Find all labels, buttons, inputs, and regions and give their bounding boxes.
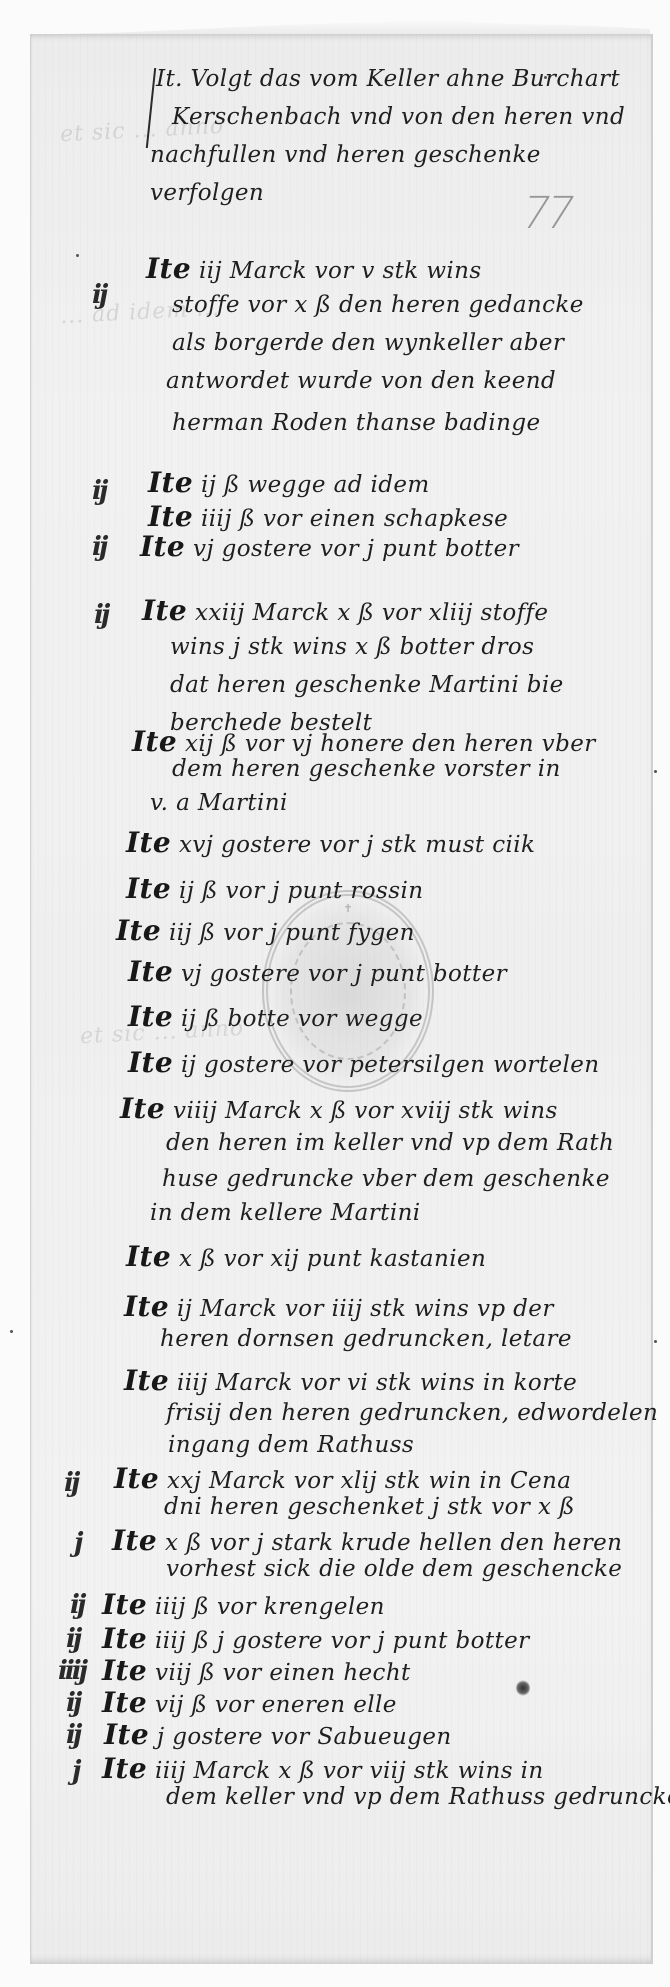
entry-line: dni heren geschenket j stk vor x ß: [164, 1494, 575, 1520]
item-abbreviation: Ite: [128, 1046, 173, 1079]
margin-tally-mark: ij: [92, 280, 105, 310]
entry-line: Iteij ß vor j punt rossin: [126, 872, 423, 905]
entry-line: huse gedruncke vber dem geschenke: [162, 1166, 610, 1192]
item-abbreviation: Ite: [104, 1718, 149, 1751]
entry-line: Itevij ß vor eneren elle: [102, 1686, 397, 1719]
margin-tally-mark: ij: [66, 1624, 79, 1654]
item-abbreviation: Ite: [128, 955, 173, 988]
margin-tally-mark: ij: [92, 532, 105, 562]
item-abbreviation: Ite: [116, 914, 161, 947]
item-abbreviation: Ite: [140, 530, 185, 563]
item-abbreviation: Ite: [102, 1654, 147, 1687]
entry-line: antwordet wurde von den keend: [166, 368, 556, 394]
item-abbreviation: Ite: [112, 1524, 157, 1557]
margin-tally-mark: ij: [66, 1720, 79, 1750]
entry-line: herman Roden thanse badinge: [172, 410, 540, 436]
entry-line: in dem kellere Martini: [150, 1200, 421, 1226]
entry-line: dem keller vnd vp dem Rathuss gedruncke: [166, 1784, 670, 1810]
item-abbreviation: Ite: [126, 1240, 171, 1273]
entry-line: Iteiij Marck vor v stk wins: [146, 252, 482, 285]
item-abbreviation: Ite: [120, 1092, 165, 1125]
entry-line: Itej gostere vor Sabueugen: [104, 1718, 452, 1751]
item-abbreviation: Ite: [148, 466, 193, 499]
ink-blot: [516, 1680, 530, 1696]
entry-line: ingang dem Rathuss: [168, 1432, 414, 1458]
entry-line: Iteij Marck vor iiij stk wins vp der: [124, 1290, 554, 1323]
item-abbreviation: Ite: [126, 872, 171, 905]
item-abbreviation: Ite: [132, 725, 177, 758]
heading-line: Kerschenbach vnd von den heren vnd: [172, 104, 625, 130]
margin-tally-mark: iiij: [58, 1656, 85, 1686]
entry-line: dat heren geschenke Martini bie: [170, 672, 564, 698]
margin-tally-mark: ij: [66, 1688, 79, 1718]
item-abbreviation: Ite: [146, 252, 191, 285]
entry-line: stoffe vor x ß den heren gedancke: [172, 292, 584, 318]
entry-line: Itex ß vor j stark krude hellen den here…: [112, 1524, 622, 1557]
heading-line: It. Volgt das vom Keller ahne Burchart: [156, 66, 620, 92]
entry-line: den heren im keller vnd vp dem Rath: [166, 1130, 614, 1156]
heading-line: verfolgen: [150, 180, 264, 206]
entry-line: Iteij gostere vor petersilgen wortelen: [128, 1046, 599, 1079]
entry-line: Iteiiij ß j gostere vor j punt botter: [102, 1622, 530, 1655]
entry-line: Iteiiij Marck vor vi stk wins in korte: [124, 1364, 577, 1397]
item-abbreviation: Ite: [124, 1364, 169, 1397]
margin-tally-mark: ij: [94, 600, 107, 630]
entry-line: Iteviiij Marck x ß vor xviij stk wins: [120, 1092, 558, 1125]
entry-line: Iteij ß botte vor wegge: [128, 1000, 423, 1033]
entry-line: Itexxiij Marck x ß vor xliij stoffe: [142, 594, 548, 627]
entry-line: Iteiiij ß vor krengelen: [102, 1588, 385, 1621]
item-abbreviation: Ite: [114, 1462, 159, 1495]
entry-line: vorhest sick die olde dem geschencke: [166, 1556, 622, 1582]
entry-line: Itevj gostere vor j punt botter: [128, 955, 507, 988]
entry-line: Itexvj gostere vor j stk must ciik: [126, 826, 535, 859]
entry-line: Iteiij ß vor j punt fygen: [116, 914, 415, 947]
entry-line: heren dornsen gedruncken, letare: [160, 1326, 572, 1352]
entry-line: wins j stk wins x ß botter dros: [170, 634, 534, 660]
entry-line: Iteviij ß vor einen hecht: [102, 1654, 411, 1687]
item-abbreviation: Ite: [128, 1000, 173, 1033]
item-abbreviation: Ite: [148, 500, 193, 533]
entry-line: dem heren geschenke vorster in: [172, 756, 561, 782]
item-abbreviation: Ite: [102, 1752, 147, 1785]
entry-line: frisij den heren gedruncken, edwordelen: [166, 1400, 658, 1426]
margin-tally-mark: ij: [92, 476, 105, 506]
item-abbreviation: Ite: [102, 1622, 147, 1655]
entry-line: Itex ß vor xij punt kastanien: [126, 1240, 486, 1273]
margin-tally-mark: j: [74, 1528, 80, 1558]
item-abbreviation: Ite: [102, 1686, 147, 1719]
item-abbreviation: Ite: [126, 826, 171, 859]
entry-line: Itexij ß vor vj honere den heren vber: [132, 725, 596, 758]
stray-ink-dot: [654, 1340, 657, 1343]
item-abbreviation: Ite: [102, 1588, 147, 1621]
entry-line: Iteiiij Marck x ß vor viij stk wins in: [102, 1752, 544, 1785]
entry-line: Itevj gostere vor j punt botter: [140, 530, 519, 563]
heading-line: nachfullen vnd heren geschenke: [150, 142, 541, 168]
entry-line: Iteiiij ß vor einen schapkese: [148, 500, 508, 533]
entry-line: v. a Martini: [150, 790, 288, 816]
entry-line: Iteij ß wegge ad idem: [148, 466, 430, 499]
stray-ink-dot: [544, 76, 547, 79]
margin-tally-mark: j: [72, 1756, 78, 1786]
entry-line: als borgerde den wynkeller aber: [172, 330, 564, 356]
stray-ink-dot: [76, 254, 79, 257]
entry-line: Itexxj Marck vor xlij stk win in Cena: [114, 1462, 571, 1495]
margin-tally-mark: ij: [64, 1468, 77, 1498]
item-abbreviation: Ite: [124, 1290, 169, 1323]
item-abbreviation: Ite: [142, 594, 187, 627]
stray-ink-dot: [654, 770, 657, 773]
margin-tally-mark: ij: [70, 1590, 83, 1620]
stray-ink-dot: [10, 1330, 13, 1333]
